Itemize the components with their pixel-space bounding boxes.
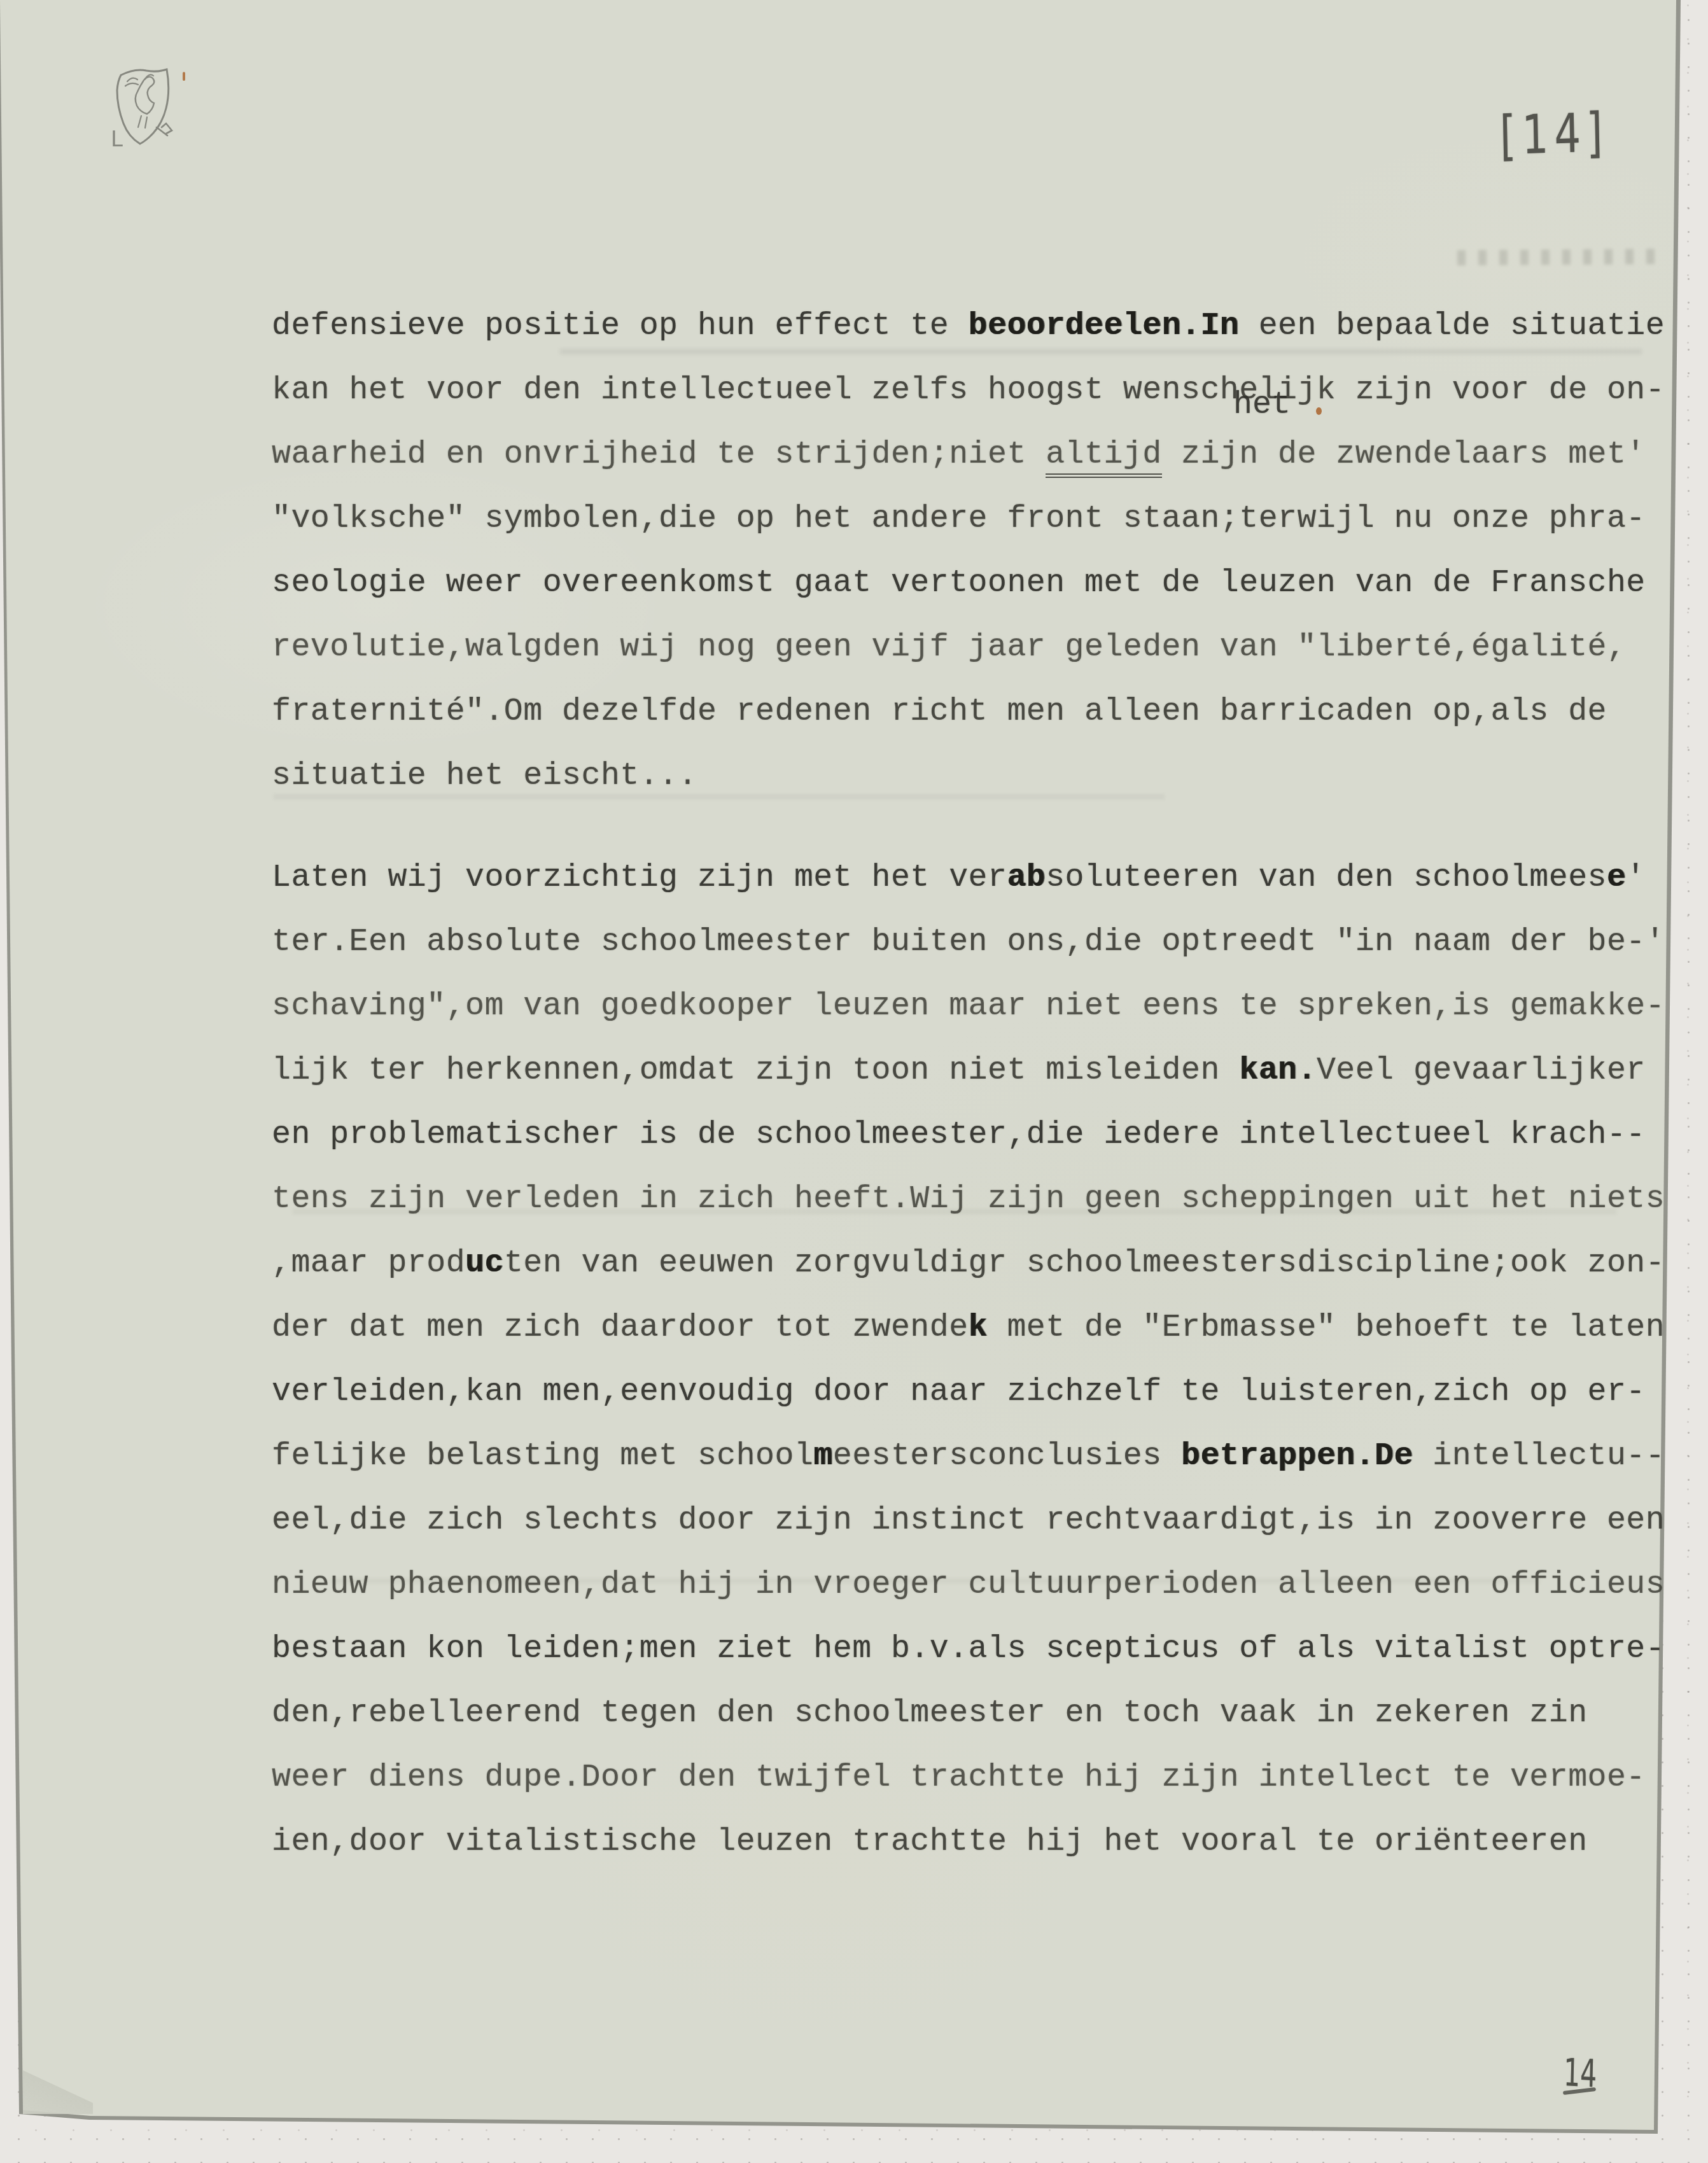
typed-line: verleiden,kan men,eenvoudig door naar zi… (272, 1360, 1678, 1424)
typed-line: defensieve positie op hun effect te beoo… (272, 294, 1678, 358)
typed-segment: ' (1626, 860, 1645, 896)
typed-line: waarheid en onvrijheid te strijden;niet … (272, 423, 1678, 487)
typed-segment: felijke belasting met school (272, 1438, 813, 1474)
typed-segment: "volksche" symbolen,die op het andere fr… (272, 501, 1646, 537)
typed-line: situatie het eischt... (272, 744, 1678, 808)
typed-segment: situatie het eischt... (272, 758, 697, 794)
typed-line: nieuw phaenomeen,dat hij in vroeger cult… (272, 1553, 1678, 1617)
typed-segment: nieuw phaenomeen,dat hij in vroeger cult… (272, 1567, 1665, 1603)
typed-segment: defensieve positie op hun effect te (272, 308, 969, 344)
typed-line: lijk ter herkennen,omdat zijn toon niet … (272, 1039, 1678, 1103)
typed-segment: ien,door vitalistische leuzen trachtte h… (272, 1824, 1588, 1860)
typed-segment: Laten wij voorzichtig zijn met het ver (272, 860, 1007, 896)
typed-segment: bestaan kon leiden;men ziet hem b.v.als … (272, 1631, 1665, 1667)
typed-segment: weer diens dupe.Door den twijfel trachtt… (272, 1760, 1646, 1796)
overstruck-text: kan. (1239, 1053, 1317, 1089)
typed-line: weer diens dupe.Door den twijfel trachtt… (272, 1746, 1678, 1810)
typed-segment: tens zijn verleden in zich heeft.Wij zij… (272, 1181, 1665, 1217)
overstruck-text: k (969, 1310, 988, 1346)
typed-segment: kan het voor den intellectueel zelfs hoo… (272, 372, 1665, 409)
typed-line: ien,door vitalistische leuzen trachtte h… (272, 1810, 1678, 1874)
typed-segment: eel,die zich slechts door zijn instinct … (272, 1502, 1665, 1539)
overstruck-text: betrappen.De (1181, 1438, 1413, 1474)
typed-line: revolutie,walgden wij nog geen vijf jaar… (272, 615, 1678, 680)
typed-segment: soluteeren van den schoolmees (1046, 860, 1607, 896)
typed-segment: fraternité".Om dezelfde redenen richt me… (272, 694, 1607, 730)
typed-line: schaving",om van goedkooper leuzen maar … (272, 974, 1678, 1039)
paragraph: defensieve positie op hun effect te beoo… (272, 294, 1678, 808)
scanned-typescript-page: { "doc": { "paper_color": "#d8dacf", "sc… (0, 0, 1708, 2163)
folded-corner (23, 2062, 93, 2114)
typed-line: der dat men zich daardoor tot zwendek me… (272, 1296, 1678, 1360)
underlined-word: altijd (1046, 437, 1161, 478)
stamp-letter: L (111, 127, 123, 150)
typed-line: "volksche" symbolen,die op het andere fr… (272, 487, 1678, 551)
typed-line: den,rebelleerend tegen den schoolmeester… (272, 1681, 1678, 1746)
typed-segment: eestersconclusies (833, 1438, 1181, 1474)
overstruck-text: beoordeelen.In (969, 308, 1240, 344)
typed-segment: en problematischer is de schoolmeester,d… (272, 1117, 1646, 1153)
typed-line: Laten wij voorzichtig zijn met het verab… (272, 846, 1678, 910)
typed-line: kan het voor den intellectueel zelfs hoo… (272, 358, 1678, 423)
typed-segment: een bepaalde situatie (1239, 308, 1665, 344)
typed-line: tens zijn verleden in zich heeft.Wij zij… (272, 1167, 1678, 1231)
typed-segment: revolutie,walgden wij nog geen vijf jaar… (272, 629, 1626, 666)
typed-line: fraternité".Om dezelfde redenen richt me… (272, 680, 1678, 744)
overstruck-text: ab (1007, 860, 1046, 896)
overstruck-text: uc (465, 1245, 504, 1282)
typed-segment: zijn de zwendelaars met' (1162, 437, 1646, 473)
paper-fleck (183, 72, 185, 81)
typed-line: bestaan kon leiden;men ziet hem b.v.als … (272, 1617, 1678, 1681)
typed-segment: seologie weer overeenkomst gaat vertoone… (272, 565, 1646, 601)
orange-ink-dot (1316, 407, 1322, 415)
typed-segment: verleiden,kan men,eenvoudig door naar zi… (272, 1374, 1646, 1410)
typed-segment: waarheid en onvrijheid te strijden;niet (272, 437, 1046, 473)
overstruck-text: e (1607, 860, 1626, 896)
ghost-type-impression (1457, 249, 1667, 265)
paragraph: Laten wij voorzichtig zijn met het verab… (272, 846, 1678, 1874)
typed-segment: schaving",om van goedkooper leuzen maar … (272, 988, 1665, 1025)
handwritten-page-number-top: [14] (1499, 102, 1609, 167)
typed-line: en problematischer is de schoolmeester,d… (272, 1103, 1678, 1167)
typed-line: eel,die zich slechts door zijn instinct … (272, 1488, 1678, 1553)
typed-segment: den,rebelleerend tegen den schoolmeester… (272, 1695, 1588, 1732)
shield-stamp-icon: L (108, 65, 183, 150)
typed-segment: der dat men zich daardoor tot zwende (272, 1310, 969, 1346)
typed-segment: ter.Een absolute schoolmeester buiten on… (272, 924, 1665, 960)
typed-segment: intellectu-- (1413, 1438, 1665, 1474)
typed-line: ,maar producten van eeuwen zorgvuldigr s… (272, 1231, 1678, 1296)
typed-segment: met de "Erbmasse" behoeft te laten (988, 1310, 1665, 1346)
typed-segment: lijk ter herkennen,omdat zijn toon niet … (272, 1053, 1239, 1089)
typed-line: seologie weer overeenkomst gaat vertoone… (272, 551, 1678, 615)
typed-line: felijke belasting met schoolmeestersconc… (272, 1424, 1678, 1488)
typed-segment: ,maar prod (272, 1245, 465, 1282)
typed-line: ter.Een absolute schoolmeester buiten on… (272, 910, 1678, 974)
typed-segment: Veel gevaarlijker (1317, 1053, 1646, 1089)
typed-text: defensieve positie op hun effect te beoo… (272, 294, 1678, 1874)
overstruck-text: m (813, 1438, 832, 1474)
inserted-word: het (1233, 389, 1291, 421)
typed-segment: ten van eeuwen zorgvuldigr schoolmeester… (504, 1245, 1665, 1282)
